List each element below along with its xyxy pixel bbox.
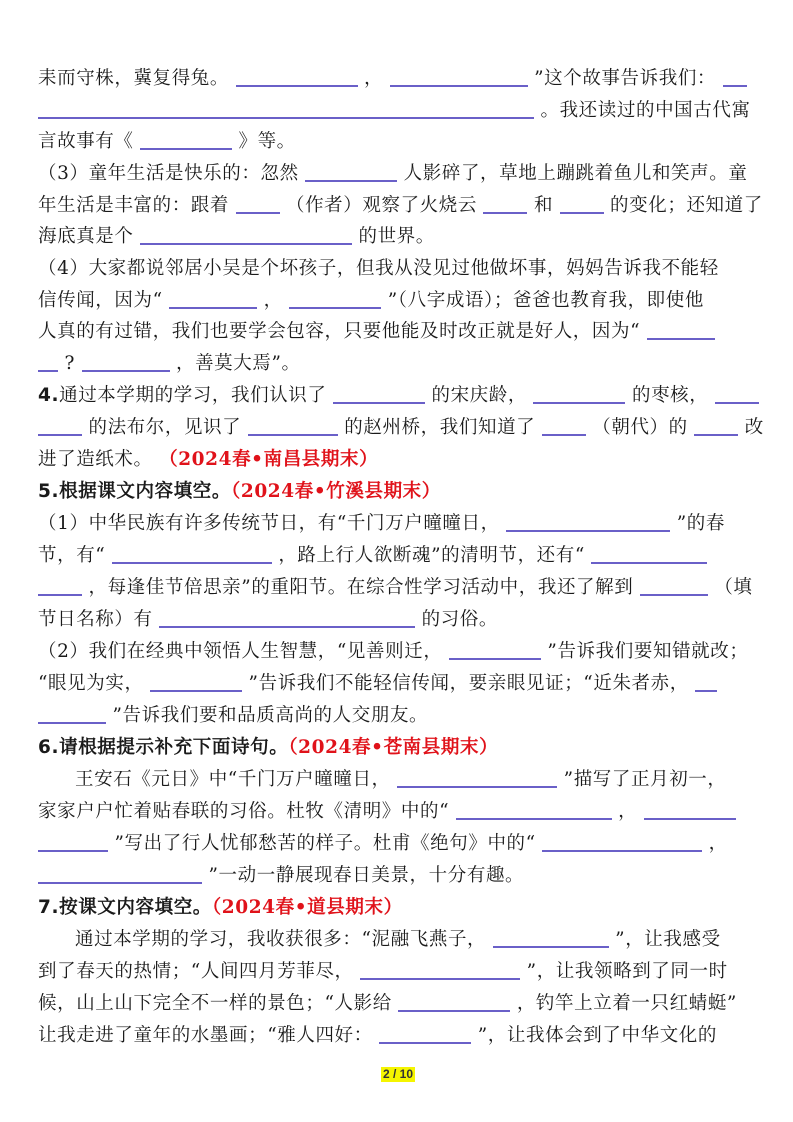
text: （填 xyxy=(714,577,752,598)
text: ， xyxy=(618,801,637,822)
text-line: （4）大家都说邻居小吴是个坏孩子，但我从没见过他做坏事，妈妈告诉我不能轻 xyxy=(38,254,719,284)
fill-blank[interactable] xyxy=(542,830,702,852)
fill-blank[interactable] xyxy=(715,382,759,404)
text: ”这个故事告诉我们： xyxy=(534,68,716,89)
fill-blank[interactable] xyxy=(723,65,747,87)
text: 进了造纸术。 xyxy=(38,449,153,470)
text: ”，让我领略到了同一时 xyxy=(527,961,728,982)
text: 人影碎了，草地上蹦跳着鱼儿和笑声。童 xyxy=(404,163,748,184)
fill-blank[interactable] xyxy=(38,574,82,596)
text-line: 信传闻，因为“ ， ”（八字成语）；爸爸也教育我，即使他 xyxy=(38,286,704,316)
fill-blank[interactable] xyxy=(533,382,625,404)
text-line: ”一动一静展现春日美景，十分有趣。 xyxy=(38,861,524,891)
text: ? xyxy=(64,353,75,374)
text: ， xyxy=(709,833,728,854)
question-7-title: 7.按课文内容填空。（2024春•道县期末） xyxy=(38,893,403,923)
text: 人真的有过错，我们也要学会包容，只要他能及时改正就是好人，因为“ xyxy=(38,321,640,342)
text: 的变化；还知道了 xyxy=(610,195,763,216)
fill-blank[interactable] xyxy=(449,638,541,660)
text: 的枣核， xyxy=(632,385,708,406)
text: 家家户户忙着贴春联的习俗。杜牧《清明》中的“ xyxy=(38,801,449,822)
text: ”的春 xyxy=(677,513,725,534)
fill-blank[interactable] xyxy=(694,414,738,436)
text-line: （2）我们在经典中领悟人生智慧，“见善则迁， ”告诉我们要知错就改； xyxy=(38,637,748,667)
text: （1）中华民族有许多传统节日，有“千门万户曈曈日， xyxy=(38,513,500,534)
fill-blank[interactable] xyxy=(397,766,557,788)
fill-blank[interactable] xyxy=(236,65,358,87)
text: 的世界。 xyxy=(358,226,434,247)
text: 改 xyxy=(745,417,764,438)
text-line: 人真的有过错，我们也要学会包容，只要他能及时改正就是好人，因为“ xyxy=(38,317,715,347)
fill-blank[interactable] xyxy=(38,862,202,884)
text: ”告诉我们不能轻信传闻，要亲眼见证；“近朱者赤， xyxy=(249,673,689,694)
text-line: 年生活是丰富的：跟着 （作者）观察了火烧云 和 的变化；还知道了 xyxy=(38,191,763,221)
text: ，路上行人欲断魂”的清明节，还有“ xyxy=(278,545,585,566)
text: 到了春天的热情；“人间四月芳菲尽， xyxy=(38,961,354,982)
text: 的法布尔，见识了 xyxy=(88,417,241,438)
text-line: 的法布尔，见识了 的赵州桥，我们知道了 （朝代）的 改 xyxy=(38,413,764,443)
text: 海底真是个 xyxy=(38,226,134,247)
text: ”告诉我们要和品质高尚的人交朋友。 xyxy=(112,705,428,726)
text: 通过本学期的学习，我收获很多：“泥融飞燕子， xyxy=(75,929,486,950)
text-line: 进了造纸术。 （2024春•南昌县期末） xyxy=(38,445,378,475)
text: “眼见为实， xyxy=(38,673,144,694)
fill-blank[interactable] xyxy=(38,97,534,119)
text: ，每逢佳节倍思亲”的重阳节。在综合性学习活动中，我还了解到 xyxy=(88,577,633,598)
text: 信传闻，因为“ xyxy=(38,290,163,311)
text-line: 节，有“ ，路上行人欲断魂”的清明节，还有“ xyxy=(38,541,707,571)
fill-blank[interactable] xyxy=(493,926,609,948)
text-line: 耒而守株，冀复得兔。 ， ”这个故事告诉我们： xyxy=(38,64,747,94)
text: ，钓竿上立着一只红蜻蜓” xyxy=(517,993,737,1014)
text: ”告诉我们要知错就改； xyxy=(547,641,748,662)
text-line: ”告诉我们要和品质高尚的人交朋友。 xyxy=(38,701,428,731)
text: （朝代）的 xyxy=(592,417,688,438)
fill-blank[interactable] xyxy=(644,798,736,820)
text: ”一动一静展现春日美景，十分有趣。 xyxy=(208,865,524,886)
text: ”描写了正月初一， xyxy=(564,769,727,790)
fill-blank[interactable] xyxy=(38,414,82,436)
fill-blank[interactable] xyxy=(38,350,58,372)
question-number: 4. xyxy=(38,385,59,406)
text-line: 通过本学期的学习，我收获很多：“泥融飞燕子， ”，让我感受 xyxy=(38,925,721,955)
source-tag: （2024春•南昌县期末） xyxy=(159,449,378,470)
text: ，善莫大焉”。 xyxy=(176,353,301,374)
text: ”，让我感受 xyxy=(615,929,721,950)
fill-blank[interactable] xyxy=(38,702,106,724)
fill-blank[interactable] xyxy=(82,350,170,372)
fill-blank[interactable] xyxy=(140,223,352,245)
fill-blank[interactable] xyxy=(333,382,425,404)
source-tag: （2024春•道县期末） xyxy=(212,897,403,918)
fill-blank[interactable] xyxy=(150,670,242,692)
fill-blank[interactable] xyxy=(379,1022,471,1044)
text: 和 xyxy=(534,195,553,216)
question-6-title: 6.请根据提示补充下面诗句。（2024春•苍南县期末） xyxy=(38,733,498,763)
fill-blank[interactable] xyxy=(695,670,717,692)
text-line: 海底真是个 的世界。 xyxy=(38,222,435,252)
fill-blank[interactable] xyxy=(560,192,604,214)
text: （2）我们在经典中领悟人生智慧，“见善则迁， xyxy=(38,641,442,662)
text: 的赵州桥，我们知道了 xyxy=(344,417,535,438)
fill-blank[interactable] xyxy=(38,830,108,852)
text: ， xyxy=(264,290,283,311)
source-tag: （2024春•苍南县期末） xyxy=(288,737,498,758)
fill-blank[interactable] xyxy=(456,798,612,820)
fill-blank[interactable] xyxy=(390,65,528,87)
fill-blank[interactable] xyxy=(140,128,232,150)
text: 节日名称）有 xyxy=(38,609,153,630)
page-number: 2 / 10 xyxy=(381,1067,415,1082)
question-title: 7.按课文内容填空。 xyxy=(38,897,212,918)
fill-blank[interactable] xyxy=(305,160,397,182)
text-line: 节日名称）有 的习俗。 xyxy=(38,605,498,635)
text: ”写出了行人忧郁愁苦的样子。杜甫《绝句》中的“ xyxy=(114,833,535,854)
fill-blank[interactable] xyxy=(289,287,381,309)
text: 让我走进了童年的水墨画；“雅人四好： xyxy=(38,1025,373,1046)
text-line: （1）中华民族有许多传统节日，有“千门万户曈曈日， ”的春 xyxy=(38,509,725,539)
fill-blank[interactable] xyxy=(640,574,708,596)
text-line: 言故事有《 》等。 xyxy=(38,127,296,157)
fill-blank[interactable] xyxy=(647,318,715,340)
text: 节，有“ xyxy=(38,545,105,566)
fill-blank[interactable] xyxy=(360,958,520,980)
text: ”（八字成语）；爸爸也教育我，即使他 xyxy=(388,290,704,311)
text: 耒而守株，冀复得兔。 xyxy=(38,68,229,89)
text-line: 家家户户忙着贴春联的习俗。杜牧《清明》中的“ ， xyxy=(38,797,736,827)
question-5-title: 5.根据课文内容填空。（2024春•竹溪县期末） xyxy=(38,477,441,507)
source-tag: （2024春•竹溪县期末） xyxy=(231,481,441,502)
question-title: 5.根据课文内容填空。 xyxy=(38,481,231,502)
text: 。我还读过的中国古代寓 xyxy=(540,100,750,121)
text-line: “眼见为实， ”告诉我们不能轻信传闻，要亲眼见证；“近朱者赤， xyxy=(38,669,717,699)
text: （4）大家都说邻居小吴是个坏孩子，但我从没见过他做坏事，妈妈告诉我不能轻 xyxy=(38,258,719,279)
text-line: （3）童年生活是快乐的：忽然 人影碎了，草地上蹦跳着鱼儿和笑声。童 xyxy=(38,159,747,189)
fill-blank[interactable] xyxy=(112,542,272,564)
text-line: 候，山上山下完全不一样的景色；“人影给 ，钓竿上立着一只红蜻蜓” xyxy=(38,989,737,1019)
text: ， xyxy=(364,68,383,89)
text: 候，山上山下完全不一样的景色；“人影给 xyxy=(38,993,392,1014)
question-title: 6.请根据提示补充下面诗句。 xyxy=(38,737,288,758)
fill-blank[interactable] xyxy=(483,192,527,214)
text: 通过本学期的学习，我们认识了 xyxy=(59,385,326,406)
text: 言故事有《 xyxy=(38,131,134,152)
fill-blank[interactable] xyxy=(398,990,510,1012)
text: 王安石《元日》中“千门万户曈曈日， xyxy=(75,769,391,790)
text-line: 。我还读过的中国古代寓 xyxy=(38,96,751,126)
text-line: ”写出了行人忧郁愁苦的样子。杜甫《绝句》中的“ ， xyxy=(38,829,728,859)
text: 的习俗。 xyxy=(422,609,498,630)
text: 》等。 xyxy=(238,131,295,152)
fill-blank[interactable] xyxy=(542,414,586,436)
fill-blank[interactable] xyxy=(169,287,257,309)
text-line: ，每逢佳节倍思亲”的重阳节。在综合性学习活动中，我还了解到 （填 xyxy=(38,573,753,603)
fill-blank[interactable] xyxy=(159,606,415,628)
text: （作者）观察了火烧云 xyxy=(286,195,477,216)
text: ”，让我体会到了中华文化的 xyxy=(478,1025,717,1046)
text: （3）童年生活是快乐的：忽然 xyxy=(38,163,299,184)
question-4-line: 4.通过本学期的学习，我们认识了 的宋庆龄， 的枣核， xyxy=(38,381,759,411)
fill-blank[interactable] xyxy=(248,414,338,436)
fill-blank[interactable] xyxy=(591,542,707,564)
text-line: 王安石《元日》中“千门万户曈曈日， ”描写了正月初一， xyxy=(38,765,727,795)
fill-blank[interactable] xyxy=(236,192,280,214)
text: 的宋庆龄， xyxy=(431,385,527,406)
text-line: 让我走进了童年的水墨画；“雅人四好： ”，让我体会到了中华文化的 xyxy=(38,1021,717,1051)
text-line: ? ，善莫大焉”。 xyxy=(38,349,301,379)
fill-blank[interactable] xyxy=(506,510,670,532)
text-line: 到了春天的热情；“人间四月芳菲尽， ”，让我领略到了同一时 xyxy=(38,957,728,987)
text: 年生活是丰富的：跟着 xyxy=(38,195,229,216)
